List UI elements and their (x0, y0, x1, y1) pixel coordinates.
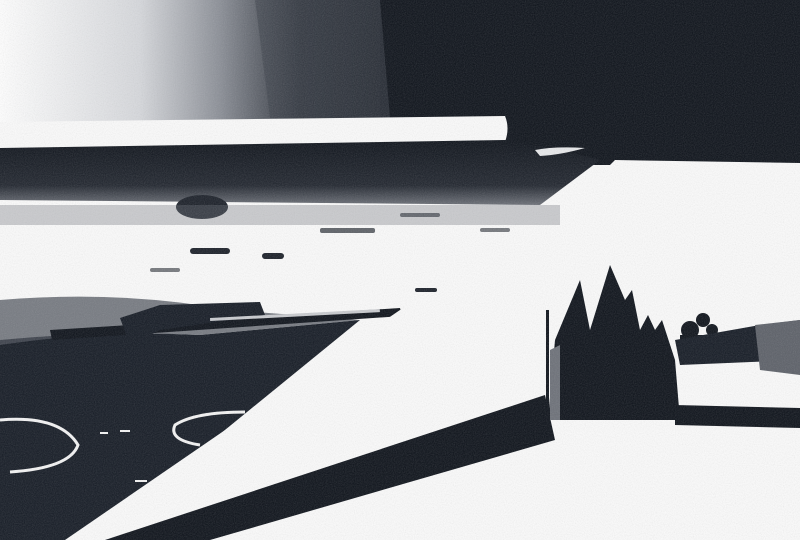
photograph (0, 0, 800, 540)
film-grain (0, 0, 800, 540)
scene-canvas (0, 0, 800, 540)
